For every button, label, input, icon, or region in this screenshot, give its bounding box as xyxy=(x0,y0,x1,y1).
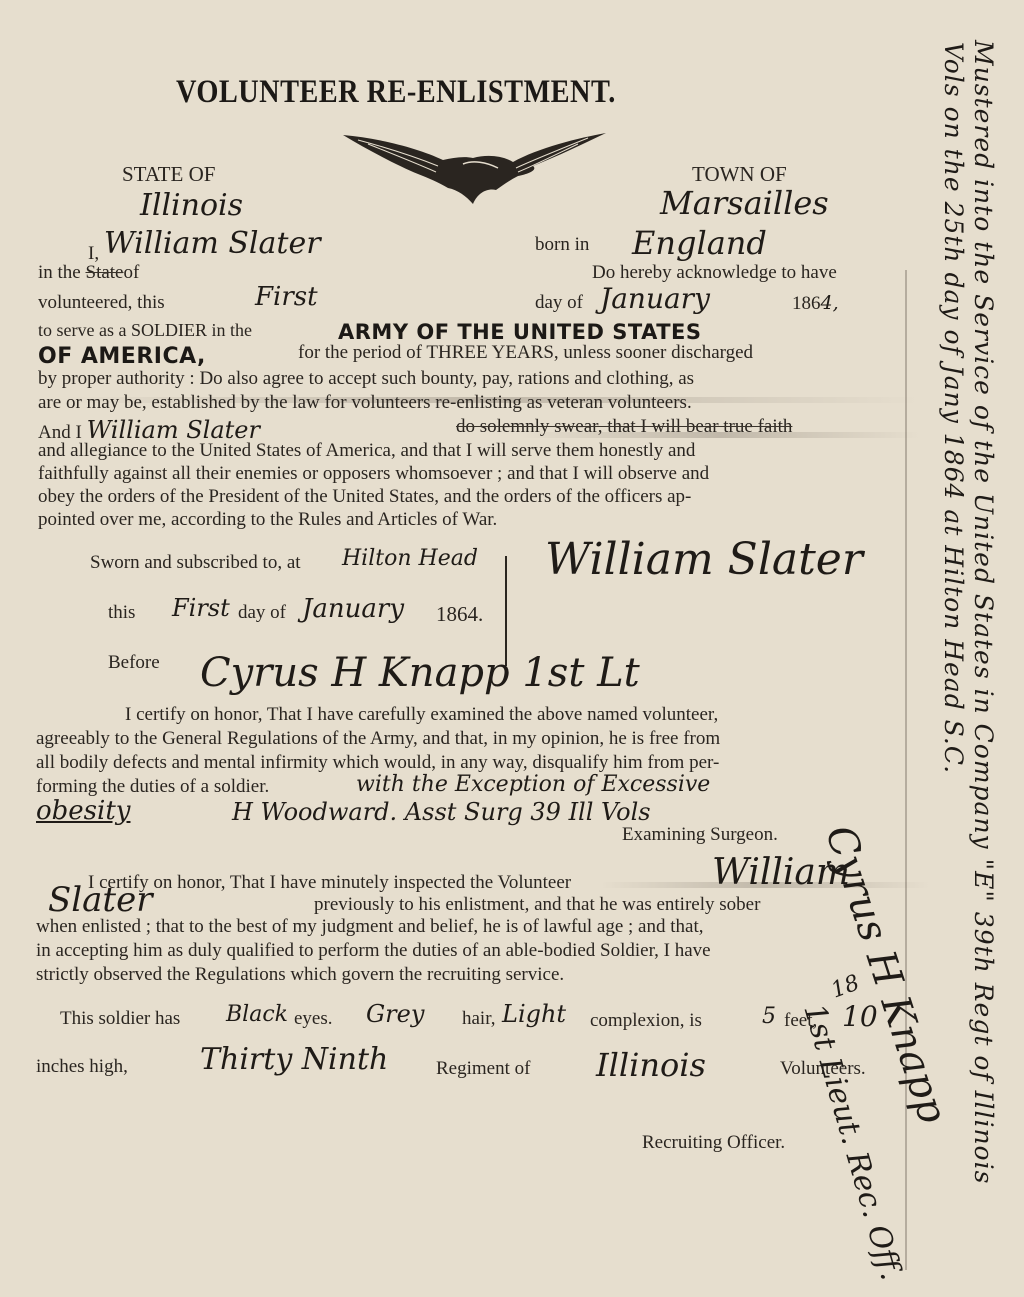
year-suffix: 4, xyxy=(821,292,839,314)
day-of-label: day of xyxy=(535,292,583,314)
enlist-line-8-rest: do solemnly swear, that I will bear true… xyxy=(456,416,792,438)
america-heading: OF AMERICA, xyxy=(38,344,206,369)
oath-this-label: this xyxy=(108,602,135,624)
surgeon-line-1: I certify on honor, That I have carefull… xyxy=(125,704,718,726)
sworn-label: Sworn and subscribed to, at xyxy=(90,552,301,574)
complexion-label: complexion, is xyxy=(590,1010,702,1032)
army-heading: ARMY OF THE UNITED STATES xyxy=(338,320,702,344)
enlist-line-2: in the Stateof xyxy=(38,262,139,284)
recruit-line-1: I certify on honor, That I have minutely… xyxy=(88,872,571,894)
regiment-value: Thirty Ninth xyxy=(200,1042,388,1077)
state-value: Illinois xyxy=(140,188,243,223)
enlist-line-12: pointed over me, according to the Rules … xyxy=(38,509,497,531)
eagle-emblem-icon xyxy=(338,130,608,210)
hair-label: hair, xyxy=(462,1008,496,1030)
volunteered-label: volunteered, this xyxy=(38,292,165,314)
sworn-place: Hilton Head xyxy=(342,546,478,571)
recruiting-officer-label: Recruiting Officer. xyxy=(642,1132,785,1154)
text: of xyxy=(124,262,140,283)
struck-text: State xyxy=(86,262,124,283)
oath-month: January xyxy=(302,594,404,624)
volunteer-name: William Slater xyxy=(104,226,321,261)
born-in-value: England xyxy=(632,224,767,262)
eyes-label: eyes. xyxy=(294,1008,333,1030)
complexion-value: Light xyxy=(502,1000,566,1028)
volunteered-year: 1864, xyxy=(792,292,839,315)
oath-year: 1864. xyxy=(436,602,483,627)
volunteered-day: First xyxy=(255,282,318,312)
margin-note-line-1: Mustered into the Service of the United … xyxy=(969,40,998,1184)
enlist-line-7: are or may be, established by the law fo… xyxy=(38,392,692,414)
name-prefix: I, xyxy=(88,243,99,264)
recruit-line-3: when enlisted ; that to the best of my j… xyxy=(36,916,703,938)
officer-signature: Cyrus H Knapp 1st Lt xyxy=(200,650,640,696)
oath-day-of: day of xyxy=(238,602,286,624)
regiment-state: Illinois xyxy=(596,1046,706,1084)
enlist-line-2-right: Do hereby acknowledge to have xyxy=(592,262,837,284)
regiment-label: Regiment of xyxy=(436,1058,530,1080)
town-value: Marsailles xyxy=(660,184,829,222)
enlist-line-4: to serve as a SOLDIER in the xyxy=(38,320,252,342)
surgeon-note-2: obesity xyxy=(36,796,130,826)
enlist-line-9: and allegiance to the United States of A… xyxy=(38,440,695,462)
surgeon-line-4: forming the duties of a soldier. xyxy=(36,776,269,798)
text: to serve as a SOLDIER in the xyxy=(38,320,252,340)
inches-label: inches high, xyxy=(36,1056,128,1078)
recruit-volunteer-last: Slater xyxy=(48,880,152,920)
before-label: Before xyxy=(108,652,160,674)
surgeon-line-3: all bodily defects and mental infirmity … xyxy=(36,752,719,774)
volunteer-signature: William Slater xyxy=(545,534,863,585)
year-prefix: 186 xyxy=(792,293,821,314)
oath-day: First xyxy=(172,594,230,622)
desc-has-label: This soldier has xyxy=(60,1008,180,1030)
state-label: STATE OF xyxy=(122,162,215,187)
surgeon-note: with the Exception of Excessive xyxy=(356,772,710,797)
document-title: VOLUNTEER RE-ENLISTMENT. xyxy=(176,74,616,111)
surgeon-signature: H Woodward. Asst Surg 39 Ill Vols xyxy=(232,798,651,826)
born-in-label: born in xyxy=(535,234,589,256)
surgeon-line-2: agreeably to the General Regulations of … xyxy=(36,728,720,750)
margin-note-line-2: Vols on the 25th day of Jany 1864 at Hil… xyxy=(939,42,968,774)
enlist-line-5: for the period of THREE YEARS, unless so… xyxy=(298,342,753,364)
hair-value: Grey xyxy=(366,1000,424,1028)
recruit-line-5: strictly observed the Regulations which … xyxy=(36,964,564,986)
recruit-line-4: in accepting him as duly qualified to pe… xyxy=(36,940,711,962)
feet-value: 5 xyxy=(762,1004,776,1029)
enlist-line-6: by proper authority : Do also agree to a… xyxy=(38,368,694,390)
recruit-line-2: previously to his enlistment, and that h… xyxy=(314,894,760,916)
text: in the xyxy=(38,262,81,283)
enlist-line-10: faithfully against all their enemies or … xyxy=(38,463,709,485)
paper-fold-line xyxy=(905,270,907,1270)
enlist-line-11: obey the orders of the President of the … xyxy=(38,486,691,508)
diagonal-note: 18 xyxy=(828,970,863,1003)
volunteered-month: January xyxy=(600,282,710,315)
eyes-value: Black xyxy=(226,1002,288,1027)
surgeon-role-label: Examining Surgeon. xyxy=(622,824,778,846)
